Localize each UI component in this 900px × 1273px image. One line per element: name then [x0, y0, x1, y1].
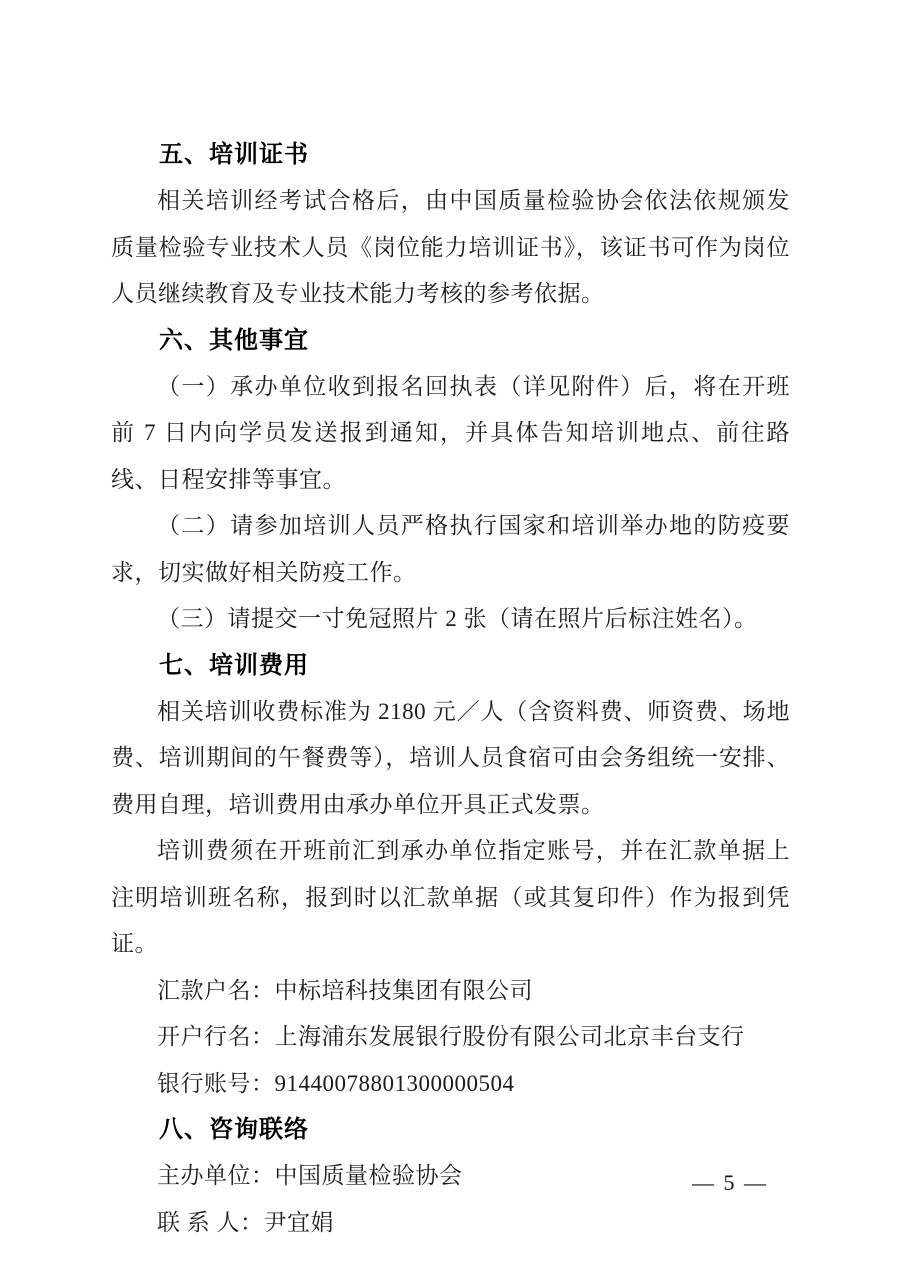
section-other-matters: 六、其他事宜 （一）承办单位收到报名回执表（详见附件）后，将在开班前 7 日内向…	[111, 318, 790, 643]
detail-contact-person: 联 系 人：尹宜娟	[111, 1200, 790, 1247]
detail-value: 中标培科技集团有限公司	[275, 978, 534, 1003]
detail-label: 汇款户名：	[157, 978, 275, 1003]
detail-value: 91440078801300000504	[275, 1071, 515, 1096]
detail-value: 上海浦东发展银行股份有限公司北京丰台支行	[275, 1024, 745, 1049]
section-heading-training-certificate: 五、培训证书	[111, 132, 790, 178]
detail-label: 联 系 人：	[157, 1210, 264, 1235]
section-training-fees: 七、培训费用 相关培训收费标准为 2180 元／人（含资料费、师资费、场地费、培…	[111, 643, 790, 1108]
detail-label: 主办单位：	[157, 1163, 275, 1188]
page-number: — 5 —	[692, 1170, 768, 1196]
detail-host-organization: 主办单位：中国质量检验协会	[111, 1153, 790, 1200]
detail-value: 中国质量检验协会	[275, 1163, 463, 1188]
paragraph-epidemic-requirements: （二）请参加培训人员严格执行国家和培训举办地的防疫要求，切实做好相关防疫工作。	[111, 503, 790, 596]
detail-value: 尹宜娟	[264, 1210, 335, 1235]
detail-label: 开户行名：	[157, 1024, 275, 1049]
paragraph-registration-notice: （一）承办单位收到报名回执表（详见附件）后，将在开班前 7 日内向学员发送报到通…	[111, 364, 790, 504]
paragraph-certificate-issuance: 相关培训经考试合格后，由中国质量检验协会依法依规颁发质量检验专业技术人员《岗位能…	[111, 178, 790, 318]
document-page: 五、培训证书 相关培训经考试合格后，由中国质量检验协会依法依规颁发质量检验专业技…	[0, 0, 900, 1273]
document-content: 五、培训证书 相关培训经考试合格后，由中国质量检验协会依法依规颁发质量检验专业技…	[111, 132, 790, 1246]
paragraph-payment-instructions: 培训费须在开班前汇到承办单位指定账号，并在汇款单据上注明培训班名称，报到时以汇款…	[111, 828, 790, 968]
detail-bank-account-number: 银行账号：91440078801300000504	[111, 1061, 790, 1108]
detail-bank-name: 开户行名：上海浦东发展银行股份有限公司北京丰台支行	[111, 1014, 790, 1061]
paragraph-fee-standard: 相关培训收费标准为 2180 元／人（含资料费、师资费、场地费、培训期间的午餐费…	[111, 689, 790, 829]
section-consultation-contact: 八、咨询联络 主办单位：中国质量检验协会 联 系 人：尹宜娟	[111, 1107, 790, 1246]
section-heading-other-matters: 六、其他事宜	[111, 318, 790, 364]
detail-remittance-account-name: 汇款户名：中标培科技集团有限公司	[111, 968, 790, 1015]
paragraph-photo-submission: （三）请提交一寸免冠照片 2 张（请在照片后标注姓名）。	[111, 596, 790, 643]
section-heading-training-fees: 七、培训费用	[111, 643, 790, 689]
detail-label: 银行账号：	[157, 1071, 275, 1096]
section-training-certificate: 五、培训证书 相关培训经考试合格后，由中国质量检验协会依法依规颁发质量检验专业技…	[111, 132, 790, 318]
section-heading-consultation-contact: 八、咨询联络	[111, 1107, 790, 1153]
